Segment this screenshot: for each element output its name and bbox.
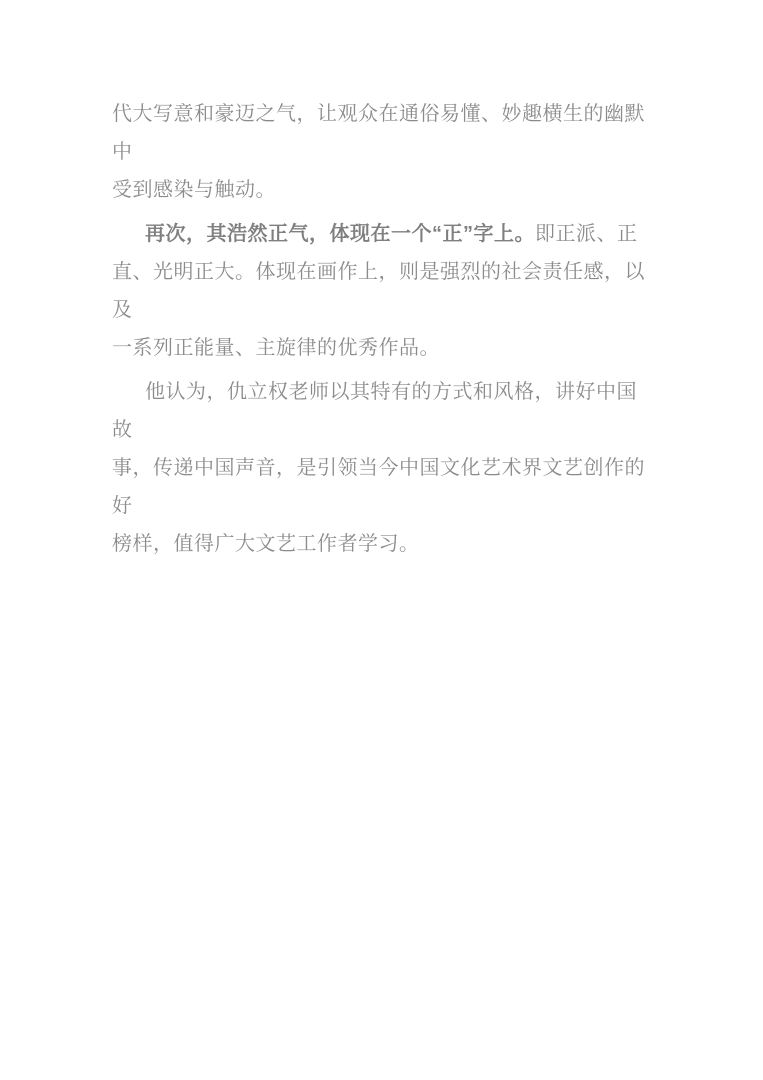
paragraph-2-bold-lead: 再次，其浩然正气，体现在一个“正”字上。 [145,223,535,245]
page: 代大写意和豪迈之气，让观众在通俗易懂、妙趣横生的幽默中 受到感染与触动。 再次，… [0,0,763,1080]
paragraph-1: 代大写意和豪迈之气，让观众在通俗易懂、妙趣横生的幽默中 受到感染与触动。 [112,95,657,209]
paragraph-3: 他认为，仇立权老师以其特有的方式和风格，讲好中国故 事，传递中国声音，是引领当今… [112,373,657,563]
paragraph-2: 再次，其浩然正气，体现在一个“正”字上。即正派、正 直、光明正大。体现在画作上，… [112,215,657,367]
document-page: { "page": { "background_color": "#ffffff… [0,0,763,1080]
